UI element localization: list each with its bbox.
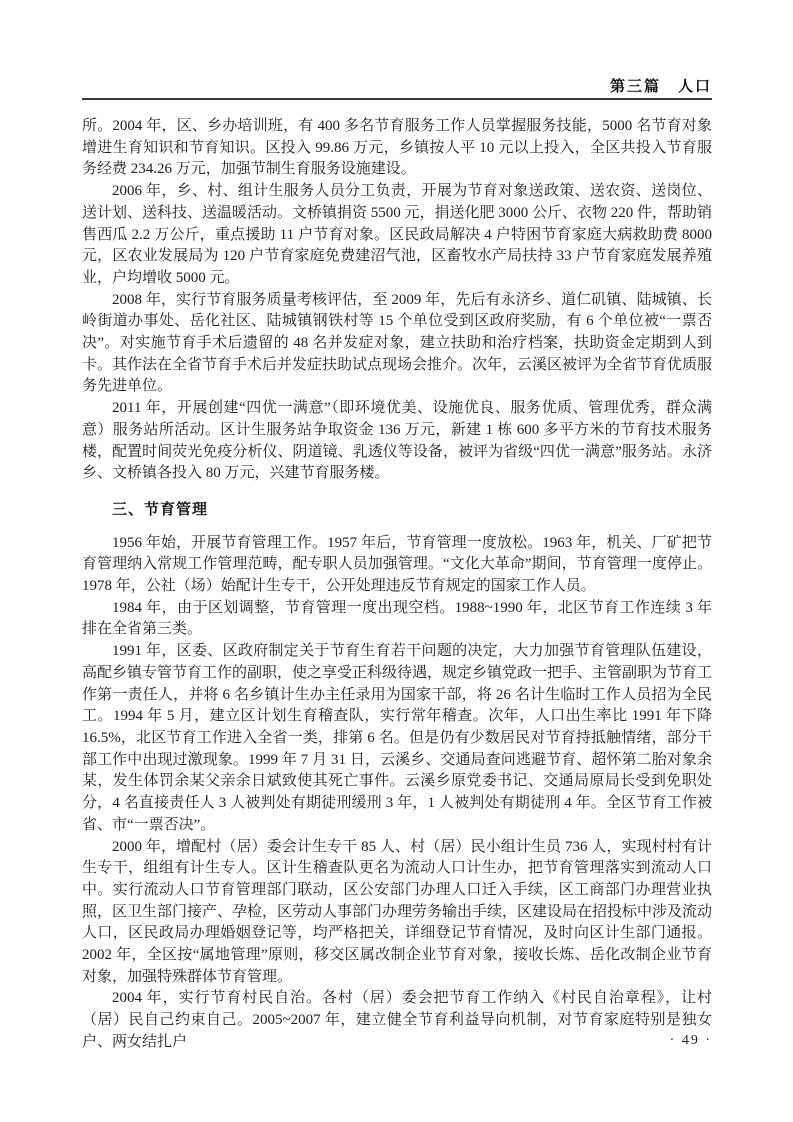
paragraph-1991: 1991 年，区委、区政府制定关于节育生育若干问题的决定，大力加强节育管理队伍建…	[82, 641, 712, 836]
paragraph-2008: 2008 年，实行节育服务质量考核评估，至 2009 年，先后有永济乡、道仁矶镇…	[82, 290, 712, 399]
page-number: · 49 ·	[82, 1033, 712, 1049]
header-rule	[82, 98, 712, 100]
running-header-chapter-title: 第三篇 人口	[82, 75, 712, 96]
paragraph-1956: 1956 年始，开展节育管理工作。1957 年后，节育管理一度放松。1963 年…	[82, 533, 712, 598]
paragraph-2000: 2000 年，增配村（居）委会计生专干 85 人、村（居）民小组计生员 736 …	[82, 837, 712, 989]
document-page: 第三篇 人口 所。2004 年，区、乡办培训班，有 400 多名节育服务工作人员…	[0, 0, 793, 1122]
section-heading-birth-control-management: 三、节育管理	[82, 499, 712, 521]
paragraph-1984: 1984 年，由于区划调整，节育管理一度出现空档。1988~1990 年，北区节…	[82, 598, 712, 641]
body-text: 所。2004 年，区、乡办培训班，有 400 多名节育服务工作人员掌握服务技能，…	[82, 116, 712, 1054]
paragraph-2006: 2006 年，乡、村、组计生服务人员分工负责，开展为节育对象送政策、送农资、送岗…	[82, 181, 712, 290]
paragraph-2011: 2011 年，开展创建“四优一满意”（即环境优美、设施优良、服务优质、管理优秀，…	[82, 398, 712, 485]
paragraph-continued-2004: 所。2004 年，区、乡办培训班，有 400 多名节育服务工作人员掌握服务技能，…	[82, 116, 712, 181]
